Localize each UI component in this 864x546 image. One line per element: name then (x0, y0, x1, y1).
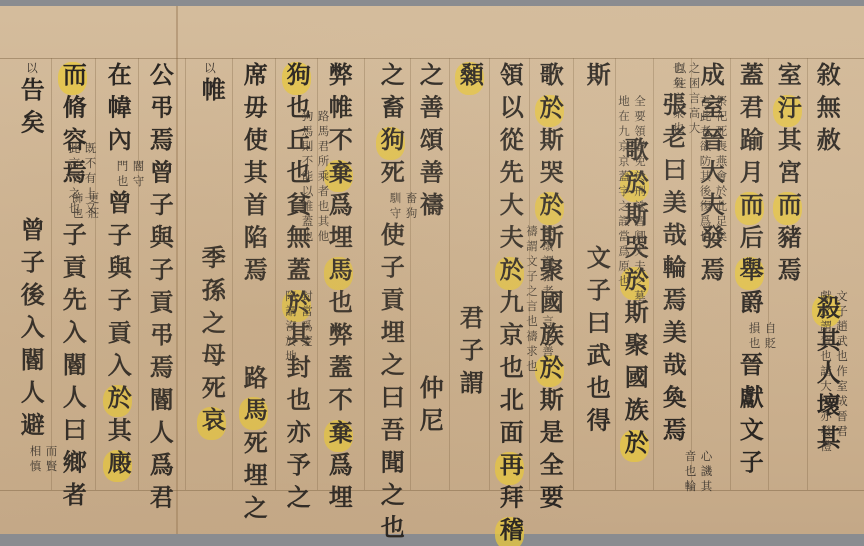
main-text: 子貢先入閽人曰鄉者 (56, 222, 89, 515)
commentary-left-line: 地在九京京蓋字之誤當爲原也 (617, 95, 630, 305)
commentary-right-line: 既不有上又 (84, 142, 97, 217)
bottom-border-rule (0, 490, 864, 491)
main-text: 公弔焉曾子與子貢弔焉閽人爲君 (143, 62, 176, 517)
main-text: 在幃內 (101, 62, 134, 160)
commentary-left-line: 言此者欲防其後復爲也 (699, 95, 712, 245)
commentary-left-line: 馴守 (389, 192, 402, 222)
commentary-right-line: 路馬君所乘者也其他 (317, 110, 330, 245)
commentary-left-line: 此言下之也 (68, 142, 81, 217)
commentary-left-line: 獻之謂賀也諸大夫亦發禮 (819, 290, 832, 455)
commentary-right-line: 善頌謂張老之言也善 (541, 225, 554, 375)
commentary-left-line: 音也輪 (684, 450, 697, 495)
commentary-note: 以 (22, 62, 38, 77)
text-column: 以帷路馬君所乘者也其他狗馬則不能以帷蓋也季孫之母死哀 (193, 62, 229, 440)
commentary-right-line: 祭祀死喪燕會於此足矣 (715, 95, 728, 245)
commentary-right-line: 封當爲窆 (300, 290, 313, 365)
main-text: 室汙其宮而豬焉 (771, 62, 804, 290)
commentary-right-line: 以 (25, 62, 38, 77)
column-rule (51, 58, 52, 490)
commentary-left-line: 陷謂沒於地 (284, 290, 297, 365)
commentary-note: 閽守門也 (90, 160, 145, 190)
text-column: 之畜狗死畜狗馴守使子貢埋之曰吾聞之也 (372, 62, 408, 546)
main-text: 季孫之母死哀 (195, 245, 228, 440)
main-text: 之畜狗死 (374, 62, 407, 192)
main-text: 曾子後入閽人避 (14, 217, 47, 445)
text-column: 而脩容焉更莊飾也子貢先入閽人曰鄉者 (54, 62, 90, 515)
text-column: 以告矣既不有上又此言下之也曾子後入閽人避而賢相慎 (12, 62, 48, 475)
commentary-right-line: 文子趙武也作室成晉君 (835, 290, 848, 455)
commentary-left-line: 以 (203, 62, 216, 77)
main-text: 斯 (580, 62, 613, 95)
commentary-right-line: 閽守 (132, 160, 145, 190)
commentary-note: 畜狗馴守 (363, 192, 418, 222)
main-text: 顙 (453, 62, 486, 95)
commentary-left-line: 禱謂文子之言也禱求也 (525, 225, 538, 375)
main-text: 帷 (195, 77, 228, 110)
commentary-left-line: 相慎 (29, 445, 42, 475)
commentary-right-line: 而賢 (45, 445, 58, 475)
commentary-note: 既不有上又此言下之也 (0, 142, 97, 217)
commentary-right-line: 畜狗 (405, 192, 418, 222)
main-text: 使子貢埋之曰吾聞之也 (374, 222, 407, 546)
main-text: 曾子與子貢入於其廄 (101, 190, 134, 483)
top-border-rule (0, 58, 864, 59)
commentary-note: 而賢相慎 (3, 445, 58, 475)
main-text: 告矣 (14, 77, 47, 142)
text-column: 公弔焉曾子與子貢弔焉閽人爲君 (141, 62, 177, 517)
main-text: 蓋君踰月而后舉爵 (733, 62, 766, 322)
main-text: 路馬死埋之 (237, 365, 270, 528)
commentary-right-line: 全要領者免於刑誅晉卿大夫之墓 (633, 95, 646, 305)
text-column: 在幃內閽守門也曾子與子貢入於其廄 (99, 62, 135, 482)
commentary-left-line: 門也 (116, 160, 129, 190)
main-text: 敘無赦 (810, 62, 843, 160)
manuscript-scroll: 敘無赦言諸臣子孫无尊卑皆得殺之其罪無赦也殺其人壞其室汙其宮而豬焉明其大逆不欲人復… (0, 6, 864, 534)
text-column: 之善頌善禱善頌謂張老之言也善禱謂文子之言也禱求也仲尼 (411, 62, 447, 440)
commentary-note: 以 (203, 62, 219, 77)
main-text: 仲尼 (413, 375, 446, 440)
commentary-right-line: 心譏其 (700, 450, 713, 495)
commentary-left-line: 狗馬則不能以帷蓋也 (301, 110, 314, 245)
